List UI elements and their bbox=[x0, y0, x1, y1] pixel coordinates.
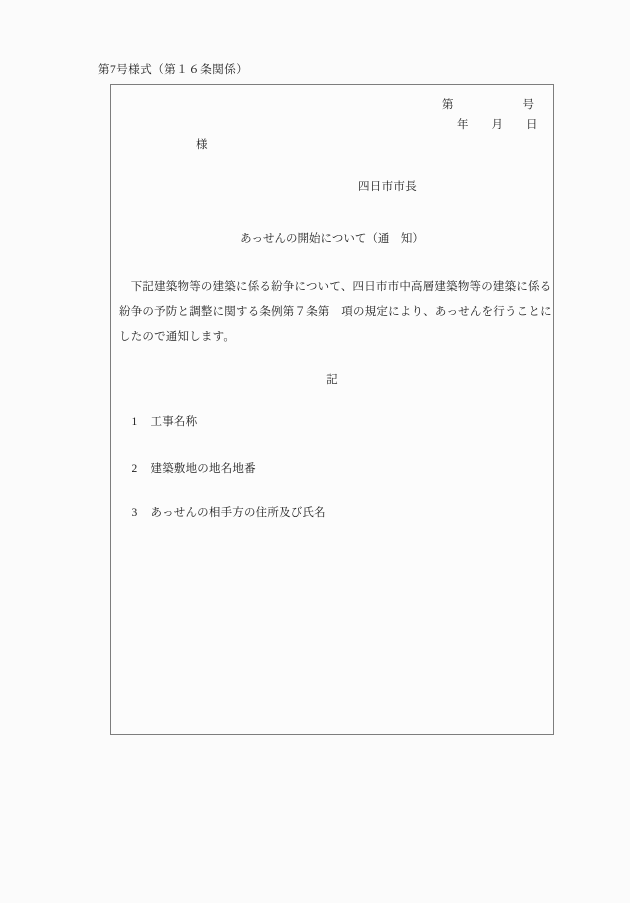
document-title: あっせんの開始について（通 知） bbox=[111, 232, 553, 247]
record-item-label: 建築敷地の地名地番 bbox=[151, 463, 256, 475]
document-page: { "page": { "form_label": "第7号様式（第１６条関係）… bbox=[0, 0, 630, 903]
body-line: したので通知します。 bbox=[119, 325, 551, 350]
record-item-1: 1工事名称 bbox=[120, 401, 197, 443]
document-date-line: 年 月 日 bbox=[457, 118, 538, 132]
record-item-number: 2 bbox=[132, 462, 139, 476]
sender-name: 四日市市長 bbox=[358, 180, 417, 194]
record-heading: 記 bbox=[111, 373, 553, 387]
body-line: 紛争の予防と調整に関する条例第７条第 項の規定により、あっせんを行うことに bbox=[119, 300, 551, 325]
document-number-line: 第 号 bbox=[442, 98, 534, 112]
form-style-label: 第7号様式（第１６条関係） bbox=[98, 63, 248, 78]
body-line: 下記建築物等の建築に係る紛争について、四日市市中高層建築物等の建築に係る bbox=[119, 275, 551, 300]
body-paragraph: 下記建築物等の建築に係る紛争について、四日市市中高層建築物等の建築に係る 紛争の… bbox=[119, 275, 551, 350]
record-item-label: あっせんの相手方の住所及び氏名 bbox=[151, 507, 326, 519]
record-item-number: 3 bbox=[132, 506, 139, 520]
record-item-3: 3あっせんの相手方の住所及び氏名 bbox=[120, 492, 326, 534]
record-item-label: 工事名称 bbox=[151, 416, 198, 428]
record-item-number: 1 bbox=[132, 415, 139, 429]
document-frame: 第 号 年 月 日 様 四日市市長 あっせんの開始について（通 知） 下記建築物… bbox=[110, 84, 554, 735]
record-item-2: 2建築敷地の地名地番 bbox=[120, 448, 256, 490]
addressee-honorific: 様 bbox=[196, 138, 208, 152]
